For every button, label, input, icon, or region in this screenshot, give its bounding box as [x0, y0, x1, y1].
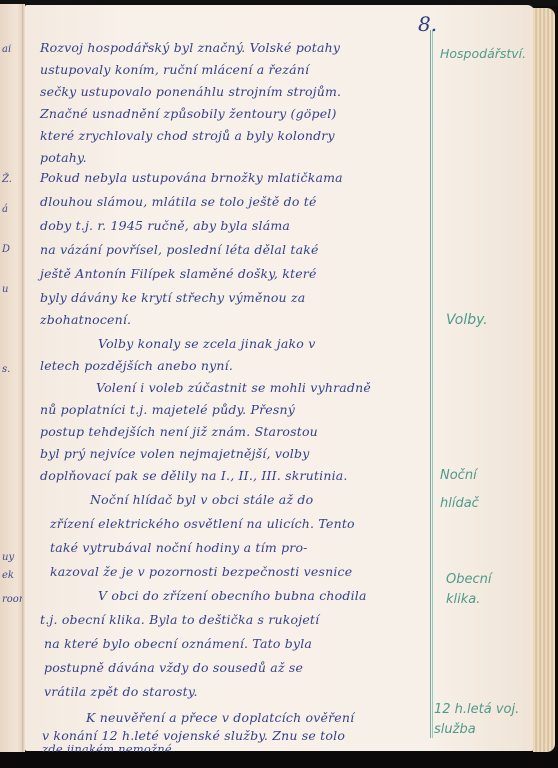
page-number: 8. [418, 12, 437, 36]
text-line: doby t.j. r. 1945 ručně, aby byla sláma [40, 218, 290, 233]
text-line: doplňovací pak se dělily na I., II., III… [40, 468, 348, 483]
text-line: zřízení elektrického osvětlení na ulicíc… [50, 516, 355, 531]
text-line: V obci do zřízení obecního bubna chodila [98, 588, 367, 603]
text-line: Volby konaly se zcela jinak jako v [98, 336, 315, 351]
margin-note-nocni-hlidac: Noční hlídač [436, 462, 510, 518]
text-line: také vytrubával noční hodiny a tím pro- [50, 540, 308, 555]
text-line: ještě Antonín Filípek slaměné došky, kte… [40, 266, 317, 281]
prev-page-fragment: uy [2, 552, 14, 563]
text-line: dlouhou slámou, mlátila se tolo ještě do… [40, 194, 317, 209]
text-line: byl prý nejvíce volen nejmajetnější, vol… [40, 446, 309, 461]
text-line: Noční hlídač byl v obci stále až do [90, 492, 313, 507]
prev-page-fragment: ek [2, 570, 14, 581]
text-line: Značné usnadnění způsobily žentoury (göp… [40, 106, 337, 121]
page-stack-edges [533, 8, 555, 752]
prev-page-fragment: Ž. [2, 174, 12, 185]
margin-note-vojenska-sluzba: 12 h.letá voj. služba [434, 700, 534, 740]
text-line: na které bylo obecní oznámení. Tato byla [44, 636, 312, 651]
text-line: kazoval že je v pozornosti bezpečnosti v… [50, 564, 352, 579]
margin-note-volby: Volby. [446, 312, 488, 328]
prev-page-fragment: u [2, 284, 8, 295]
text-line: vrátila zpět do starosty. [44, 684, 198, 699]
margin-note-obecni-klika: Obecní klika. [446, 570, 510, 610]
margin-rule [430, 30, 431, 738]
text-line: letech pozdějších anebo nyní. [40, 358, 233, 373]
text-line: postupně dávána vždy do sousedů až se [44, 660, 303, 675]
margin-note-hospodarstvi: Hospodářství. [440, 46, 526, 61]
text-line: sečky ustupovalo ponenáhlu strojním stro… [40, 84, 341, 99]
previous-page-edge: ai Ž. á D u s. uy ek roor [0, 4, 24, 754]
prev-page-fragment: á [2, 204, 8, 215]
text-line: které zrychlovaly chod strojů a byly kol… [40, 128, 335, 143]
text-line: zbohatnocení. [40, 312, 131, 327]
prev-page-fragment: roor [2, 594, 24, 605]
prev-page-fragment: ai [2, 44, 11, 55]
text-line: potahy. [40, 150, 87, 165]
prev-page-fragment: s. [2, 364, 10, 375]
text-line: byly dávány ke krytí střechy výměnou za [40, 290, 305, 305]
text-line: v konání 12 h.leté vojenské služby. Znu … [42, 728, 345, 743]
scan-frame-bottom [0, 752, 558, 768]
text-line: ustupovaly koním, ruční mlácení a řezání [40, 62, 309, 77]
text-line: Pokud nebyla ustupována brnožky mlatička… [40, 170, 343, 185]
text-line: postup tehdejších není již znám. Starost… [40, 424, 318, 439]
text-line: K neuvěření a přece v doplatcích ověření [86, 710, 354, 725]
text-line: t.j. obecní klika. Byla to deštička s ru… [40, 612, 319, 627]
text-line: nů poplatníci t.j. majetelé půdy. Přesný [40, 402, 295, 417]
text-line: na vázání povřísel, poslední léta dělal … [40, 242, 319, 257]
text-line: Rozvoj hospodářský byl značný. Volské po… [40, 40, 340, 55]
text-line: Volení i voleb zúčastnit se mohli vyhrad… [96, 380, 371, 395]
margin-rule-secondary [432, 30, 433, 738]
prev-page-fragment: D [2, 244, 10, 255]
